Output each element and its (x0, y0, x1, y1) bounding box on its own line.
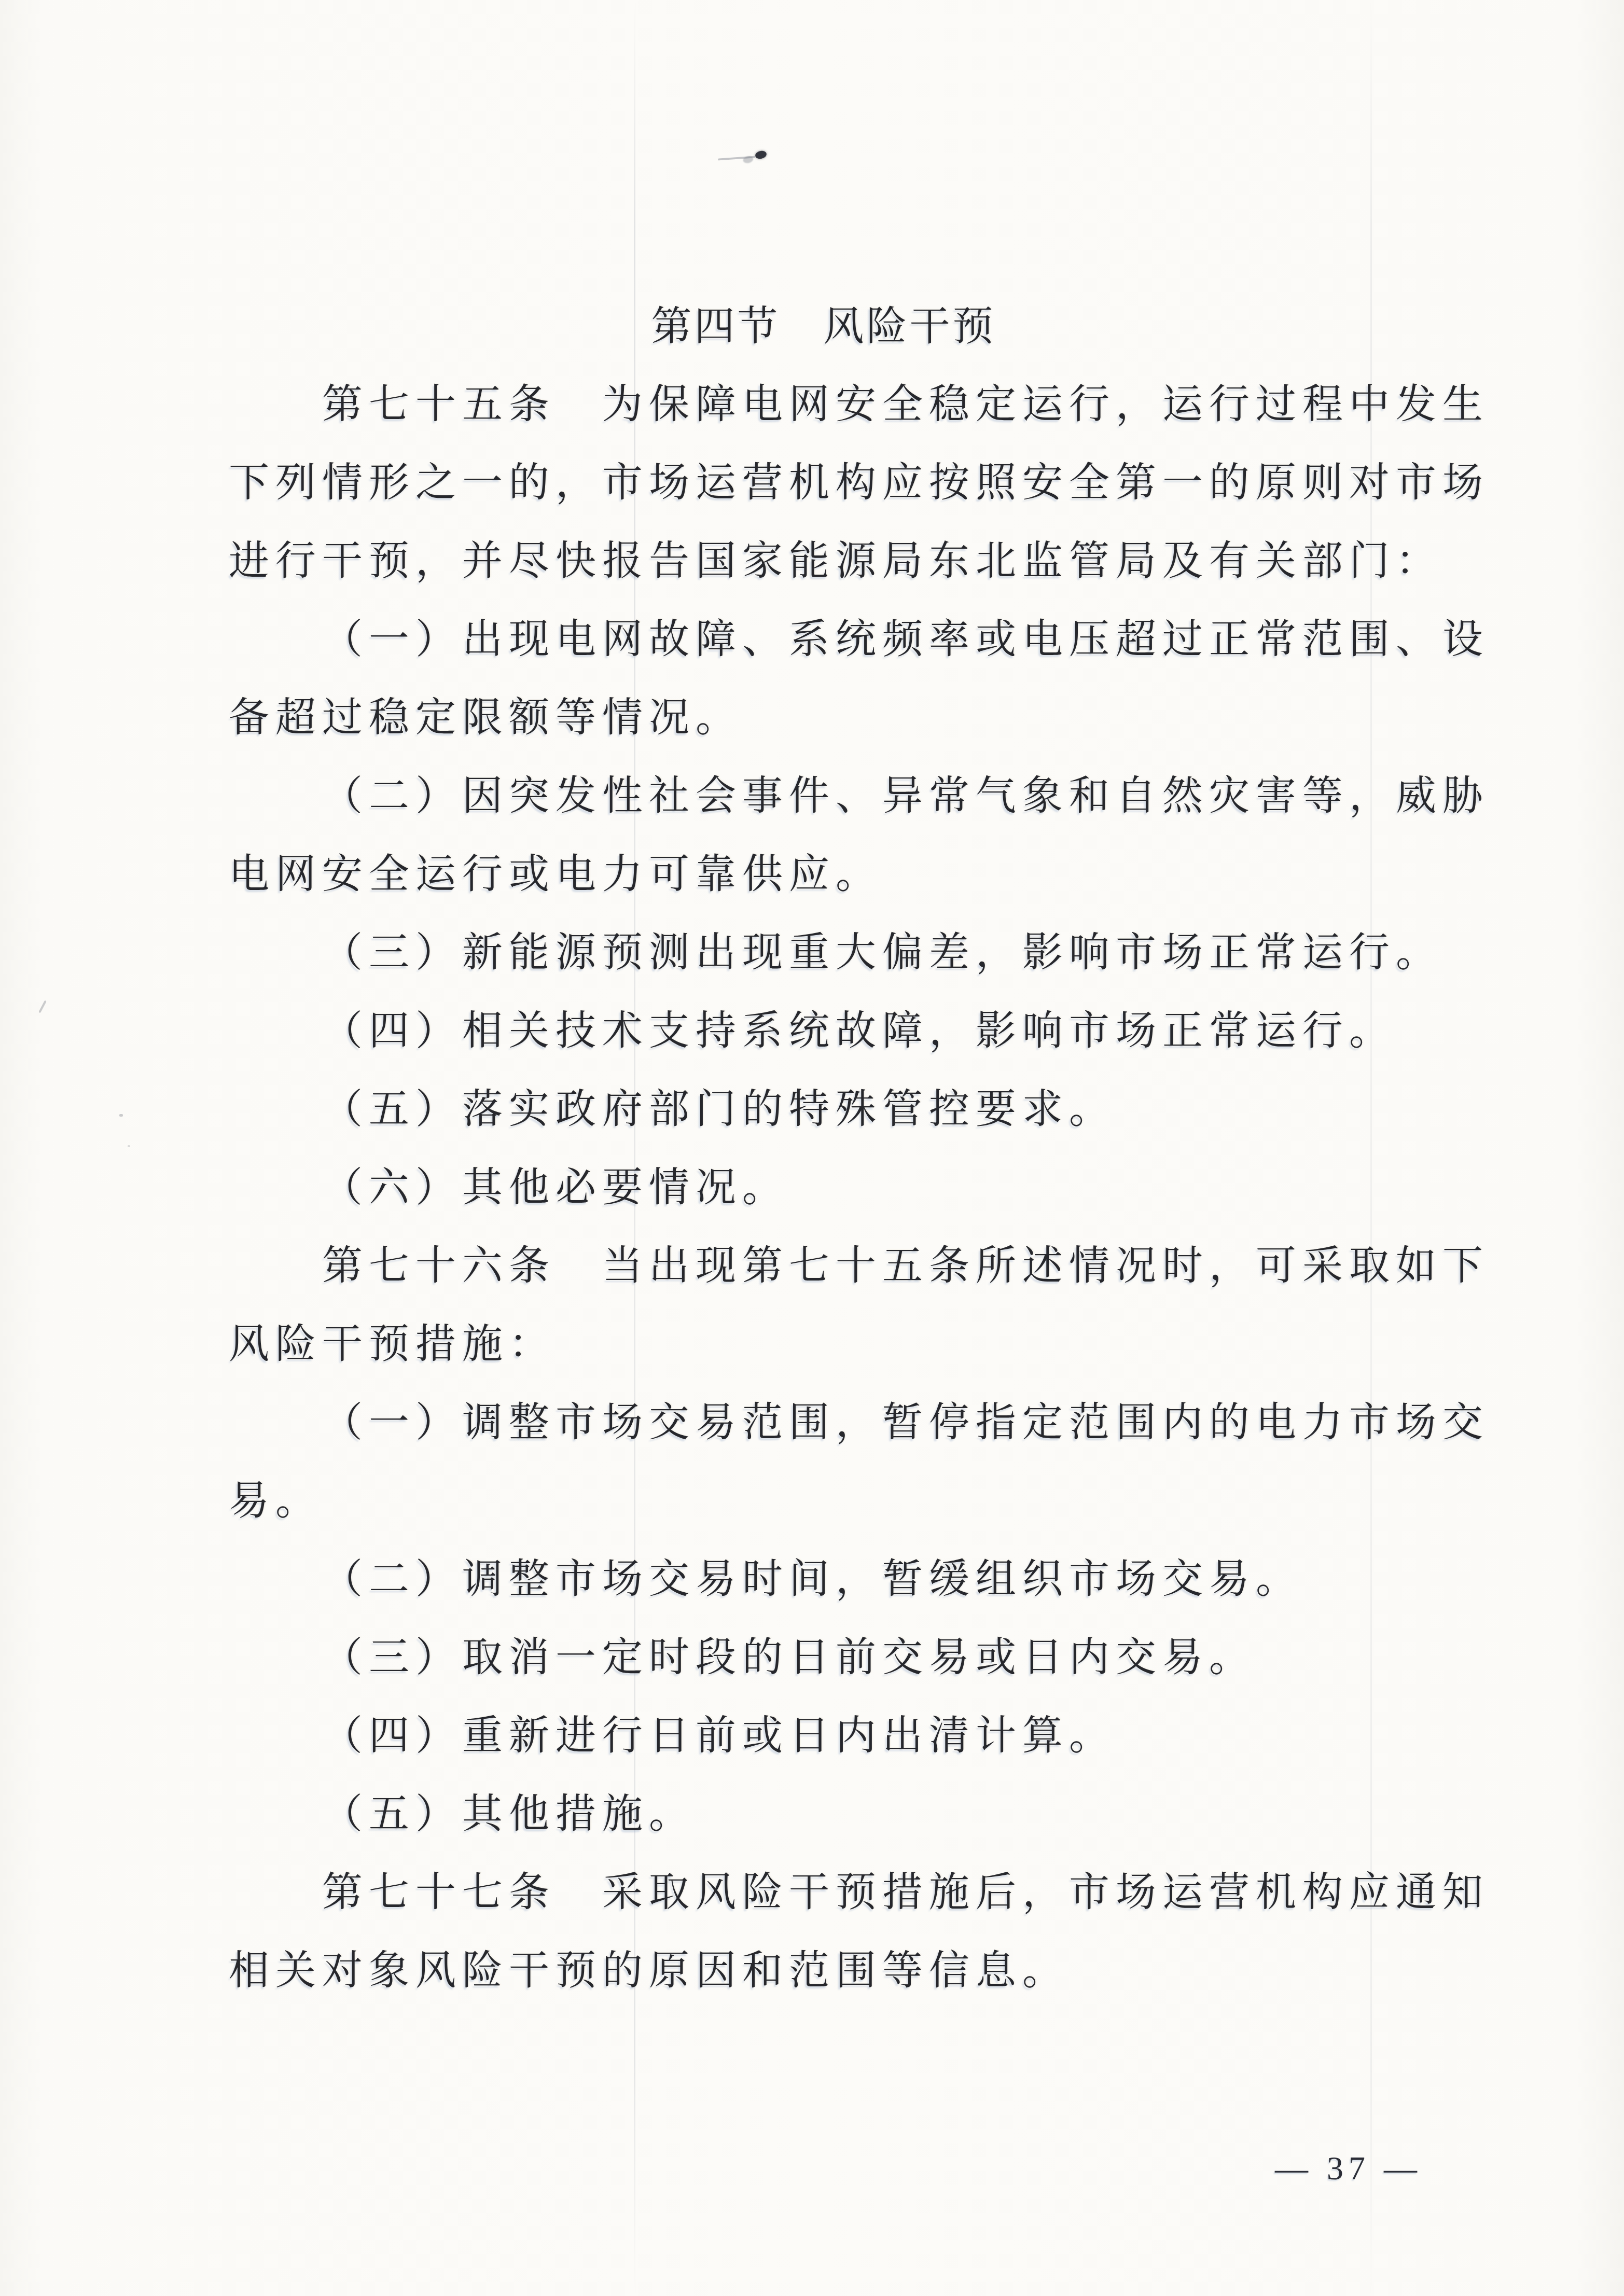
text-line-item-3: （三）新能源预测出现重大偏差，影响市场正常运行。 (229, 913, 1510, 992)
page-number: — 37 — (1209, 2129, 1489, 2207)
scanned-document-page: 第四节 风险干预 第七十五条 为保障电网安全稳定运行，运行过程中发生 下列情形之… (0, 0, 1624, 2296)
text-line-item-3: （三）取消一定时段的日前交易或日内交易。 (229, 1618, 1510, 1696)
scan-speck (38, 1000, 47, 1013)
text-line: 下列情形之一的，市场运营机构应按照安全第一的原则对市场 (229, 443, 1510, 522)
document-body: 第七十五条 为保障电网安全稳定运行，运行过程中发生 下列情形之一的，市场运营机构… (229, 365, 1510, 2010)
text-line-article-77: 第七十七条 采取风险干预措施后，市场运营机构应通知 (229, 1853, 1510, 1931)
text-line: 风险干预措施： (229, 1305, 1510, 1383)
scan-smudge-tail (718, 156, 755, 160)
text-line: 相关对象风险干预的原因和范围等信息。 (229, 1931, 1510, 2010)
scan-speck (128, 1145, 130, 1147)
section-heading: 第四节 风险干预 (11, 287, 1624, 366)
text-line-item-6: （六）其他必要情况。 (229, 1148, 1510, 1227)
text-line-item-5: （五）落实政府部门的特殊管控要求。 (229, 1070, 1510, 1148)
text-line-item-2: （二）因突发性社会事件、异常气象和自然灾害等，威胁 (229, 757, 1510, 835)
text-line: 易。 (229, 1462, 1510, 1540)
text-line: 进行干预，并尽快报告国家能源局东北监管局及有关部门： (229, 522, 1510, 600)
text-line-item-1: （一）调整市场交易范围，暂停指定范围内的电力市场交 (229, 1383, 1510, 1462)
text-line-article-75: 第七十五条 为保障电网安全稳定运行，运行过程中发生 (229, 365, 1510, 443)
text-line: 备超过稳定限额等情况。 (229, 678, 1510, 757)
text-line-item-4: （四）相关技术支持系统故障，影响市场正常运行。 (229, 992, 1510, 1070)
text-line-item-2: （二）调整市场交易时间，暂缓组织市场交易。 (229, 1540, 1510, 1618)
text-line-item-5: （五）其他措施。 (229, 1775, 1510, 1853)
scan-smudge-dot (755, 150, 768, 160)
text-line-item-4: （四）重新进行日前或日内出清计算。 (229, 1696, 1510, 1775)
text-line: 电网安全运行或电力可靠供应。 (229, 835, 1510, 913)
scan-speck (119, 1114, 123, 1117)
text-line-article-76: 第七十六条 当出现第七十五条所述情况时，可采取如下 (229, 1227, 1510, 1305)
text-line-item-1: （一）出现电网故障、系统频率或电压超过正常范围、设 (229, 600, 1510, 678)
